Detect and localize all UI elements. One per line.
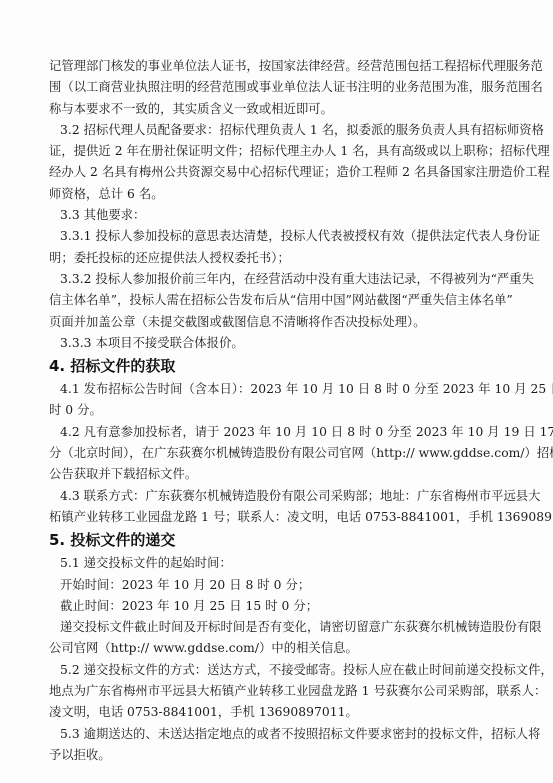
text-line: 称与本要求不一致的，其实质含义一致或相近即可。 (49, 99, 503, 120)
text-line: 分（北京时间），在广东荻赛尔机械铸造股份有限公司官网（http:// www.g… (49, 443, 503, 464)
deadline-time: 截止时间：2023 年 10 月 25 日 15 时 0 分； (49, 596, 503, 617)
text-line: 记管理部门核发的事业单位法人证书，按国家法律经营。经营范围包括工程招标代理服务范 (49, 56, 503, 77)
text-line: 地点为广东省梅州市平远县大柘镇产业转移工业园盘龙路 1 号荻赛尔公司采购部，联系… (49, 681, 503, 702)
clause-3-2: 3.2 招标代理人员配备要求：招标代理负责人 1 名，拟委派的服务负责人具有招标… (49, 120, 503, 141)
section-heading-4: 4. 招标文件的获取 (49, 355, 503, 378)
clause-4-1: 4.1 发布招标公告时间（含本日）：2023 年 10 月 10 日 8 时 0… (49, 379, 503, 400)
clause-5-2: 5.2 递交投标文件的方式：送达方式，不接受邮寄。投标人应在截止时间前递交投标文… (49, 660, 503, 681)
text-line: 公告获取并下载招标文件。 (49, 464, 503, 485)
start-time: 开始时间：2023 年 10 月 20 日 8 时 0 分； (49, 575, 503, 596)
clause-3-3-3: 3.3.3 本项目不接受联合体报价。 (49, 333, 503, 354)
clause-4-2: 4.2 凡有意参加投标者，请于 2023 年 10 月 10 日 8 时 0 分… (49, 422, 503, 443)
text-line: 证，提供近 2 年在册社保证明文件；招标代理主办人 1 名，具有高级或以上职称；… (49, 141, 503, 162)
text-line: 页面并加盖公章（未提交截图或截图信息不清晰将作否决投标处理）。 (49, 312, 503, 333)
text-line: 明；委托投标的还应提供法人授权委托书）； (49, 248, 503, 269)
document-body: 记管理部门核发的事业单位法人证书，按国家法律经营。经营范围包括工程招标代理服务范… (49, 56, 503, 766)
clause-4-3: 4.3 联系方式：广东荻赛尔机械铸造股份有限公司采购部；地址：广东省梅州市平远县… (49, 486, 503, 507)
clause-3-3: 3.3 其他要求： (49, 205, 503, 226)
text-line: 凌文明，电话 0753-8841001，手机 13690897011。 (49, 702, 503, 723)
text-line: 递交投标文件截止时间及开标时间是否有变化，请密切留意广东荻赛尔机械铸造股份有限 (49, 617, 503, 638)
text-line: 时 0 分。 (49, 400, 503, 421)
clause-3-3-1: 3.3.1 投标人参加投标的意思表达清楚，投标人代表被授权有效（提供法定代表人身… (49, 226, 503, 247)
text-line: 柘镇产业转移工业园盘龙路 1 号；联系人：凌文明，电话 0753-8841001… (49, 507, 503, 528)
text-line: 信主体名单”，投标人需在招标公告发布后从“信用中国”网站截图“严重失信主体名单” (49, 290, 503, 311)
document-page: 记管理部门核发的事业单位法人证书，按国家法律经营。经营范围包括工程招标代理服务范… (0, 0, 553, 783)
clause-3-3-2: 3.3.2 投标人参加报价前三年内，在经营活动中没有重大违法记录，不得被列为“严… (49, 269, 503, 290)
clause-5-1: 5.1 递交投标文件的起始时间： (49, 553, 503, 574)
clause-5-3: 5.3 逾期送达的、未送达指定地点的或者不按照招标文件要求密封的投标文件，招标人… (49, 724, 503, 745)
text-line: 师资格，总计 6 名。 (49, 184, 503, 205)
text-line: 公司官网（http:// www.gddse.com/）中的相关信息。 (49, 638, 503, 659)
text-line: 经办人 2 名具有梅州公共资源交易中心招标代理证；造价工程师 2 名具备国家注册… (49, 162, 503, 183)
text-line: 予以拒收。 (49, 745, 503, 766)
section-heading-5: 5. 投标文件的递交 (49, 529, 503, 552)
text-line: 围（以工商营业执照注明的经营范围或事业单位法人证书注明的业务范围为准，服务范围名 (49, 77, 503, 98)
